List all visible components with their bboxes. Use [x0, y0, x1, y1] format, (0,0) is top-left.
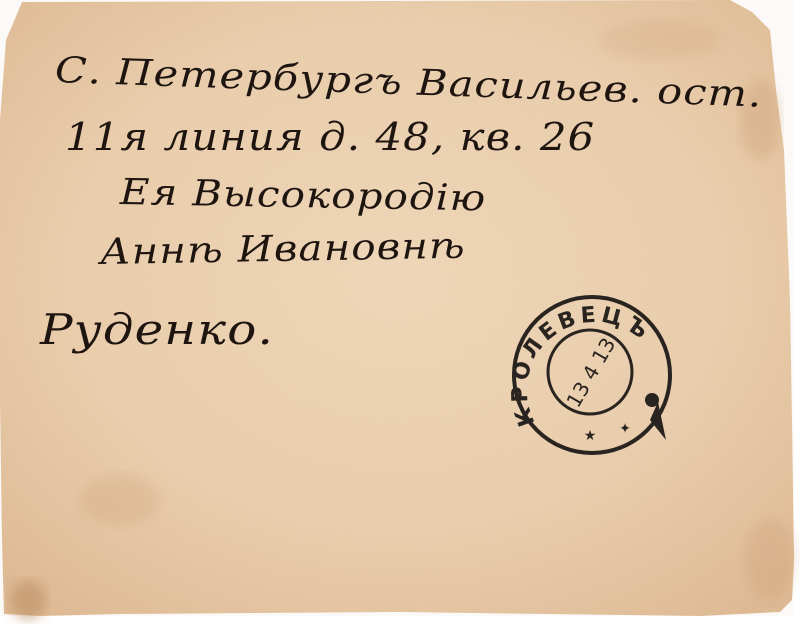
- ink-blot-icon: [645, 393, 659, 407]
- envelope: С. Петербургъ Васильев. ост. 11я линия д…: [0, 0, 800, 640]
- postmark-date: 13 4 13: [561, 333, 620, 411]
- address-line-honorific: Ея Высокородiю: [120, 172, 487, 219]
- address-line-surname: Руденко.: [40, 305, 274, 354]
- postmark-stamp: КРОЛЕВЕЦЪ 13 4 13 ★ ✦: [500, 290, 690, 460]
- star-icon: ★: [584, 428, 597, 444]
- star-icon: ✦: [619, 421, 631, 437]
- address-line-first-name: Аннѣ Ивановнѣ: [100, 226, 466, 273]
- address-line-street: 11я линия д. 48, кв. 26: [65, 115, 595, 159]
